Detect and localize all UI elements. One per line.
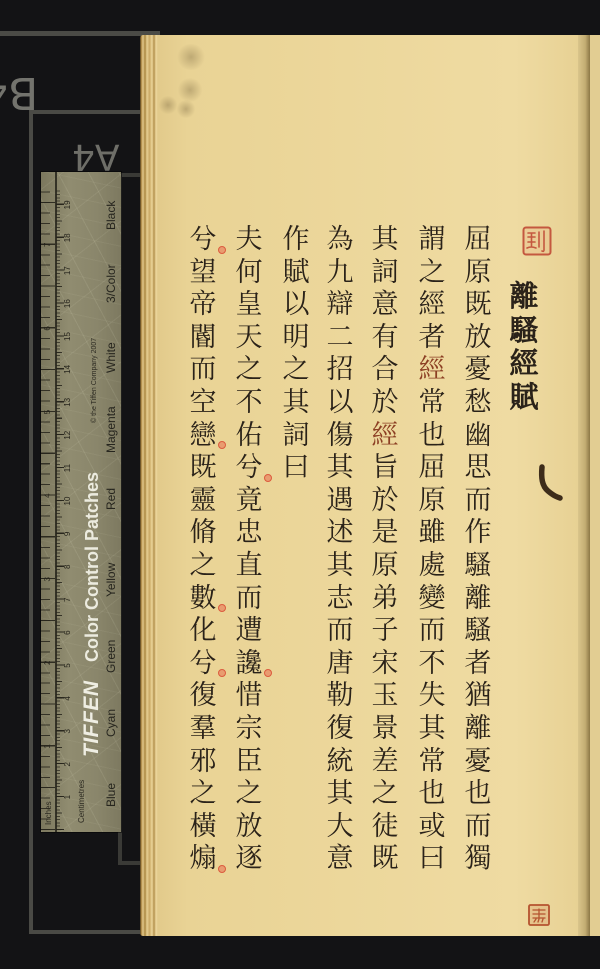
character: 明	[278, 322, 314, 355]
cm-number: 17	[63, 264, 72, 278]
character: 兮	[185, 224, 221, 257]
character: 佑	[231, 420, 267, 453]
character: 望	[185, 257, 221, 290]
character: 臣	[231, 746, 267, 779]
character: 合	[367, 354, 403, 387]
character: 既	[460, 289, 496, 322]
cm-number: 2	[63, 757, 72, 771]
character: 之	[231, 778, 267, 811]
character: 騷	[506, 314, 542, 348]
patch-label-cyan: Cyan	[104, 709, 118, 737]
patch-label-yellow: Yellow	[104, 563, 118, 597]
cm-number: 12	[63, 428, 72, 442]
stain-mark	[158, 96, 178, 114]
patch-label-green: Green	[104, 640, 118, 673]
character: 數	[185, 583, 221, 616]
seal-stamp-icon	[528, 904, 550, 926]
character: 空	[185, 387, 221, 420]
cm-number: 16	[63, 297, 72, 311]
character: 子	[367, 615, 403, 648]
text-column-2: 謂之經者經常也屈原雖處變而不失其常也或曰	[414, 224, 450, 876]
stain-mark	[176, 100, 196, 118]
character: 戀	[185, 420, 221, 453]
character: 而	[185, 354, 221, 387]
cm-number: 15	[63, 330, 72, 344]
cm-number: 1	[63, 790, 72, 804]
character: 志	[322, 583, 358, 616]
character: 變	[414, 583, 450, 616]
character: 放	[231, 811, 267, 844]
b4-frame-line	[0, 31, 160, 36]
cm-number: 5	[63, 659, 72, 673]
character: 者	[414, 322, 450, 355]
character: 其	[367, 224, 403, 257]
character: 九	[322, 257, 358, 290]
character: 憂	[460, 746, 496, 779]
character: 其	[322, 778, 358, 811]
cm-number: 11	[63, 461, 72, 475]
character: 以	[278, 289, 314, 322]
character: 屈	[414, 452, 450, 485]
character: 述	[322, 517, 358, 550]
character: 而	[460, 811, 496, 844]
character: 逐	[231, 843, 267, 876]
inch-number: 1	[43, 739, 52, 753]
character: 何	[231, 257, 267, 290]
cm-number: 19	[63, 198, 72, 212]
character: 詞	[367, 257, 403, 290]
character: 之	[185, 778, 221, 811]
character: 曰	[278, 452, 314, 485]
character: 為	[322, 224, 358, 257]
character: 脩	[185, 517, 221, 550]
character: 詞	[278, 420, 314, 453]
character: 宋	[367, 648, 403, 681]
character: 既	[185, 452, 221, 485]
patch-label-white: White	[104, 342, 118, 373]
tiffen-logo: TIFFEN	[82, 681, 102, 758]
character: 招	[322, 354, 358, 387]
character: 憂	[460, 354, 496, 387]
character: 弟	[367, 583, 403, 616]
character: 而	[231, 583, 267, 616]
character: 於	[367, 485, 403, 518]
cm-number: 13	[63, 395, 72, 409]
character: 之	[185, 550, 221, 583]
text-column-6: 夫何皇天之不佑兮竟忠直而遭讒惜宗臣之放逐	[231, 224, 267, 876]
cm-number: 10	[63, 494, 72, 508]
character: 原	[414, 485, 450, 518]
character: 常	[414, 746, 450, 779]
character: 是	[367, 517, 403, 550]
character: 既	[367, 843, 403, 876]
text-column-3: 其詞意有合於經旨於是原弟子宋玉景差之徒既	[367, 224, 403, 876]
character: 經	[414, 354, 450, 387]
character: 皇	[231, 289, 267, 322]
patch-label-red: Red	[104, 488, 118, 510]
character: 雖	[414, 517, 450, 550]
character: 不	[414, 648, 450, 681]
character: 有	[367, 322, 403, 355]
character: 復	[322, 713, 358, 746]
character: 遭	[231, 615, 267, 648]
character: 宗	[231, 713, 267, 746]
character: 思	[460, 452, 496, 485]
character: 二	[322, 322, 358, 355]
character: 其	[322, 550, 358, 583]
text-column-4: 為九辯二招以傷其遇述其志而唐勒復統其大意	[322, 224, 358, 876]
inch-number: 4	[43, 489, 52, 503]
character: 原	[460, 257, 496, 290]
character: 或	[414, 811, 450, 844]
character: 經	[506, 347, 542, 381]
character: 離	[460, 713, 496, 746]
inch-number: 7	[43, 238, 52, 252]
character: 而	[414, 615, 450, 648]
character: 不	[231, 387, 267, 420]
character: 幽	[460, 420, 496, 453]
character: 遇	[322, 485, 358, 518]
character: 其	[322, 452, 358, 485]
character: 也	[460, 778, 496, 811]
character: 化	[185, 615, 221, 648]
character: 經	[414, 289, 450, 322]
cm-number: 7	[63, 593, 72, 607]
character: 騷	[460, 615, 496, 648]
brush-hook-mark-icon	[528, 458, 568, 506]
cm-number: 18	[63, 231, 72, 245]
inch-number: 5	[43, 405, 52, 419]
inch-number: 3	[43, 572, 52, 586]
character: 猶	[460, 680, 496, 713]
cm-number: 3	[63, 724, 72, 738]
character: 謂	[414, 224, 450, 257]
inch-major-ticks	[41, 190, 55, 830]
character: 賦	[506, 381, 542, 415]
character: 屈	[460, 224, 496, 257]
b4-size-label: B4	[0, 70, 38, 114]
character: 之	[231, 354, 267, 387]
strip-rotated-face: 1234567 12345678910111213141516171819 In…	[41, 172, 121, 832]
character: 而	[460, 485, 496, 518]
punctuation-circle-mark	[264, 474, 272, 482]
facing-page-edge	[590, 35, 600, 936]
character: 羣	[185, 713, 221, 746]
patch-label-blue: Blue	[104, 783, 118, 807]
centimetres-unit-label: Centimetres	[77, 780, 86, 823]
character: 大	[322, 811, 358, 844]
character: 帝	[185, 289, 221, 322]
cm-number: 9	[63, 527, 72, 541]
patch-label-3color: 3/Color	[104, 264, 118, 303]
character: 旨	[367, 452, 403, 485]
character: 景	[367, 713, 403, 746]
character: 天	[231, 322, 267, 355]
character: 於	[367, 387, 403, 420]
character: 失	[414, 680, 450, 713]
character: 忠	[231, 517, 267, 550]
character: 傷	[322, 420, 358, 453]
character: 處	[414, 550, 450, 583]
character: 讒	[231, 648, 267, 681]
poem-title: 離騷經賦	[506, 280, 542, 414]
stain-mark	[177, 78, 203, 102]
character: 意	[322, 843, 358, 876]
character: 夫	[231, 224, 267, 257]
character: 辯	[322, 289, 358, 322]
character: 原	[367, 550, 403, 583]
character: 兮	[231, 452, 267, 485]
cm-number: 4	[63, 691, 72, 705]
character: 其	[414, 713, 450, 746]
character: 統	[322, 746, 358, 779]
character: 唐	[322, 648, 358, 681]
character: 放	[460, 322, 496, 355]
stain-mark	[176, 44, 206, 70]
character: 其	[278, 387, 314, 420]
patch-label-black: Black	[104, 201, 118, 230]
character: 差	[367, 746, 403, 779]
character: 也	[414, 420, 450, 453]
page-stack-edge	[140, 35, 159, 936]
copyright-notice: © the Tiffen Company 2007	[91, 338, 99, 423]
character: 勒	[322, 680, 358, 713]
seal-stamp-icon	[522, 226, 552, 256]
character: 復	[185, 680, 221, 713]
character: 惜	[231, 680, 267, 713]
character: 橫	[185, 811, 221, 844]
punctuation-circle-mark	[218, 865, 226, 873]
character: 經	[367, 420, 403, 453]
character: 之	[414, 257, 450, 290]
character: 騷	[460, 550, 496, 583]
character: 邪	[185, 746, 221, 779]
character: 作	[278, 224, 314, 257]
character: 直	[231, 550, 267, 583]
strip-title: Color Control Patches	[83, 472, 102, 662]
cm-number: 6	[63, 626, 72, 640]
character: 也	[414, 778, 450, 811]
text-column-7: 兮望帝閽而空戀既靈脩之數化兮復羣邪之橫煽	[185, 224, 221, 876]
character: 常	[414, 387, 450, 420]
character: 愁	[460, 387, 496, 420]
color-control-strip: 1234567 12345678910111213141516171819 In…	[41, 172, 121, 832]
character: 之	[367, 778, 403, 811]
character: 賦	[278, 257, 314, 290]
character: 竟	[231, 485, 267, 518]
character: 意	[367, 289, 403, 322]
character: 曰	[414, 843, 450, 876]
inches-unit-label: Inches	[44, 801, 53, 825]
character: 以	[322, 387, 358, 420]
character: 玉	[367, 680, 403, 713]
character: 離	[460, 583, 496, 616]
cm-number: 14	[63, 362, 72, 376]
patch-label-magenta: Magenta	[104, 406, 118, 453]
a4-size-label: A4	[72, 138, 120, 174]
character: 離	[506, 280, 542, 314]
book-gutter	[578, 35, 590, 936]
inch-number: 6	[43, 321, 52, 335]
character: 徒	[367, 811, 403, 844]
character: 煽	[185, 843, 221, 876]
character: 閽	[185, 322, 221, 355]
character: 之	[278, 354, 314, 387]
punctuation-circle-mark	[218, 246, 226, 254]
character: 而	[322, 615, 358, 648]
text-column-1: 屈原既放憂愁幽思而作騷離騷者猶離憂也而獨	[460, 224, 496, 876]
character: 兮	[185, 648, 221, 681]
character: 靈	[185, 485, 221, 518]
cm-number: 8	[63, 560, 72, 574]
character: 獨	[460, 843, 496, 876]
inch-number: 2	[43, 656, 52, 670]
character: 作	[460, 517, 496, 550]
text-column-5: 作賦以明之其詞曰	[278, 224, 314, 485]
character: 者	[460, 648, 496, 681]
